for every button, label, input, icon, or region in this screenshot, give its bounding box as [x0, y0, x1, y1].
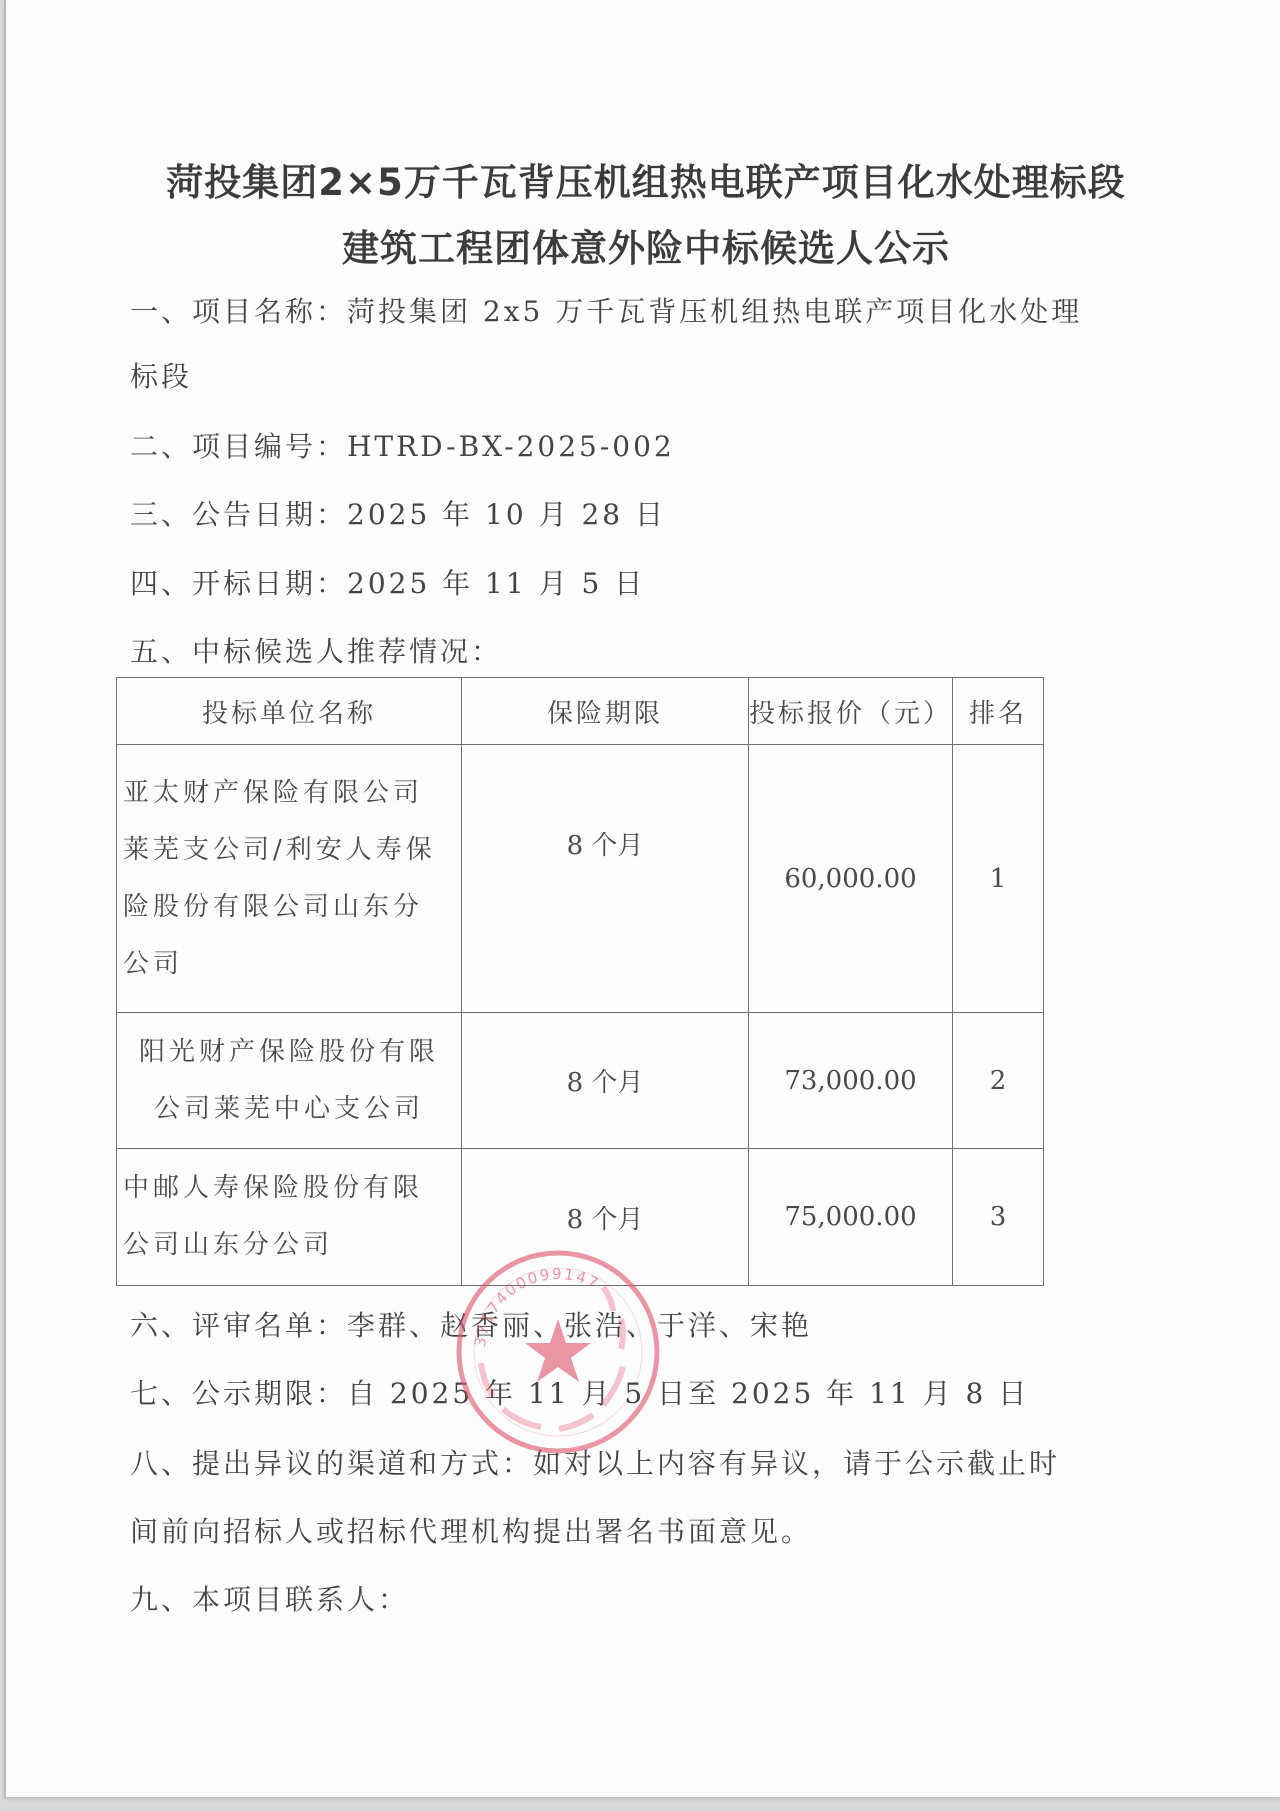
rank-cell: 3 — [953, 1149, 1044, 1286]
document-title-line-1: 菏投集团2×5万千瓦背压机组热电联产项目化水处理标段 — [6, 152, 1280, 206]
bidder-name-line: 中邮人寿保险股份有限 — [123, 1160, 455, 1217]
objection-method-continued: 间前向招标人或招标代理机构提出署名书面意见。 — [130, 1510, 812, 1550]
bid-price-cell: 60,000.00 — [749, 745, 953, 1013]
candidates-table: 投标单位名称 保险期限 投标报价（元） 排名 亚太财产保险有限公司 莱芜支公司/… — [116, 677, 1044, 1286]
table-row: 中邮人寿保险股份有限 公司山东分公司 8 个月 75,000.00 3 — [117, 1149, 1044, 1286]
document-title-line-2: 建筑工程团体意外险中标候选人公示 — [6, 218, 1280, 272]
bidder-name-cell: 阳光财产保险股份有限 公司莱芜中心支公司 — [117, 1013, 462, 1149]
header-bid-price: 投标报价（元） — [749, 678, 953, 745]
table-row: 阳光财产保险股份有限 公司莱芜中心支公司 8 个月 73,000.00 2 — [117, 1013, 1044, 1149]
header-insurance-period: 保险期限 — [462, 678, 749, 745]
document-page: 菏投集团2×5万千瓦背压机组热电联产项目化水处理标段 建筑工程团体意外险中标候选… — [4, 0, 1280, 1797]
bidder-name-line: 莱芜支公司/利安人寿保 — [123, 822, 455, 879]
project-contact: 九、本项目联系人： — [130, 1578, 409, 1618]
table-header-row: 投标单位名称 保险期限 投标报价（元） 排名 — [117, 678, 1044, 745]
bidder-name-line: 险股份有限公司山东分 — [123, 879, 455, 936]
bid-opening-date: 四、开标日期：2025 年 11 月 5 日 — [130, 562, 645, 602]
insurance-period-cell: 8 个月 — [462, 1149, 749, 1286]
bidder-name-line: 阳光财产保险股份有限 — [123, 1024, 455, 1081]
bidder-name-cell: 亚太财产保险有限公司 莱芜支公司/利安人寿保 险股份有限公司山东分 公司 — [117, 745, 462, 1013]
bid-price-cell: 75,000.00 — [749, 1149, 953, 1286]
rank-cell: 2 — [953, 1013, 1044, 1149]
table-row: 亚太财产保险有限公司 莱芜支公司/利安人寿保 险股份有限公司山东分 公司 8 个… — [117, 745, 1044, 1013]
project-name: 一、项目名称：菏投集团 2x5 万千瓦背压机组热电联产项目化水处理 — [130, 290, 1082, 330]
reviewers-list: 六、评审名单：李群、赵香丽、张浩、于洋、宋艳 — [130, 1304, 812, 1344]
insurance-period-cell: 8 个月 — [462, 745, 749, 1013]
project-number: 二、项目编号：HTRD-BX-2025-002 — [130, 425, 675, 465]
insurance-period-cell: 8 个月 — [462, 1013, 749, 1149]
bidder-name-line: 公司山东分公司 — [123, 1217, 455, 1274]
bidder-name-line: 公司莱芜中心支公司 — [123, 1081, 455, 1138]
rank-cell: 1 — [953, 745, 1044, 1013]
announcement-date: 三、公告日期：2025 年 10 月 28 日 — [130, 493, 666, 533]
candidates-heading: 五、中标候选人推荐情况： — [130, 630, 502, 670]
bidder-name-line: 公司 — [123, 936, 455, 993]
bidder-name-cell: 中邮人寿保险股份有限 公司山东分公司 — [117, 1149, 462, 1286]
project-name-continued: 标段 — [130, 355, 192, 395]
header-rank: 排名 — [953, 678, 1044, 745]
bid-price-cell: 73,000.00 — [749, 1013, 953, 1149]
objection-method: 八、提出异议的渠道和方式：如对以上内容有异议，请于公示截止时 — [130, 1442, 1060, 1482]
bidder-name-line: 亚太财产保险有限公司 — [123, 765, 455, 822]
publicity-period: 七、公示期限：自 2025 年 11 月 5 日至 2025 年 11 月 8 … — [130, 1372, 1029, 1412]
header-bidder-name: 投标单位名称 — [117, 678, 462, 745]
